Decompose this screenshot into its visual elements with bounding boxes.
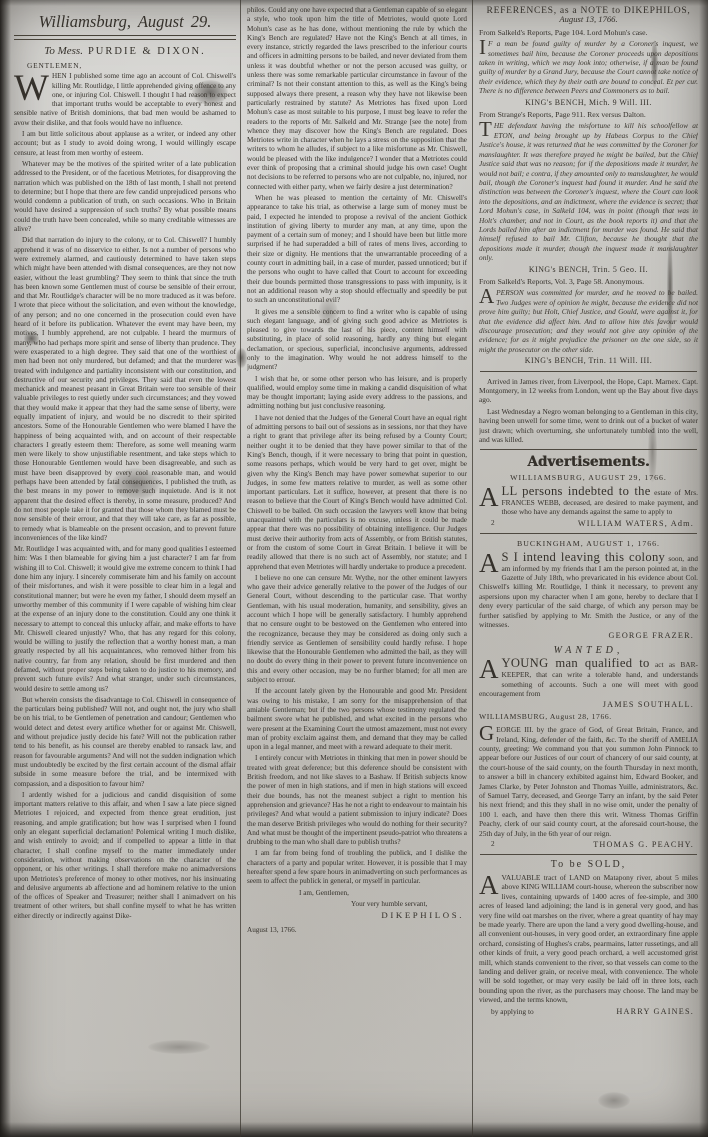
court-citation: KING's BENCH, Mich. 9 Will. III. — [479, 98, 698, 107]
paragraph: philos. Could any one have expected that… — [247, 6, 467, 192]
local-news: Last Wednesday a Negro woman belonging t… — [479, 407, 698, 445]
letter-closing: Your very humble servant, — [351, 900, 467, 909]
advertisement: ALL persons indebted to the estate of Mr… — [479, 485, 698, 517]
newspaper-page: Williamsburg, August 29. To Mess.PURDIE … — [0, 0, 708, 1137]
drop-cap: G — [479, 725, 496, 742]
paragraph: Whatever may be the motives of the spiri… — [14, 160, 236, 234]
ad-heading: To be SOLD, — [479, 860, 698, 869]
letter-closing: I am, Gentlemen, — [299, 889, 467, 898]
advertisement: AYOUNG man qualified to act as BAR-KEEPE… — [479, 657, 698, 698]
advertisement: GEORGE III. by the grace of God, of Grea… — [479, 725, 698, 838]
advertisements-header: Advertisements. — [479, 455, 698, 470]
ad-lead-line: S I intend leaving this colony — [502, 550, 666, 564]
paragraph: I am far from being fond of troubling th… — [247, 849, 467, 886]
ad-signature: 2THOMAS G. PEACHY. — [479, 840, 694, 849]
section-rule — [480, 371, 697, 372]
ad-lead-line: LL persons indebted to the — [502, 484, 651, 498]
court-citation: KING's BENCH, Trin. 11 Will. III. — [479, 356, 698, 365]
drop-cap: W — [14, 72, 52, 103]
paragraph: When he was pleased to mention the certa… — [247, 194, 467, 306]
ad-signature: by applying toHARRY GAINES. — [479, 1007, 694, 1016]
paragraph: I wish that he, or some other person who… — [247, 375, 467, 412]
reference-quote: APERSON was committed for murder, and he… — [479, 288, 698, 354]
shipping-news: Arrived in James river, from Liverpool, … — [479, 377, 698, 405]
address-name: PURDIE & DIXON. — [88, 46, 206, 57]
ad-signature: GEORGE FRAZER. — [479, 631, 694, 640]
drop-cap: I — [479, 39, 488, 56]
line-left-text: 2 — [491, 519, 495, 528]
drop-cap: A — [479, 657, 502, 680]
advertisement: AS I intend leaving this colony soon, an… — [479, 551, 698, 630]
paragraph: If the account lately given by the Honou… — [247, 687, 467, 752]
reference-quote: THE defendant having the misfortune to k… — [479, 121, 698, 262]
references-and-ads-column: REFERENCES, as a NOTE to DIKEPHILOS,Augu… — [479, 6, 698, 1016]
paragraph: I have not denied that the Judges of the… — [247, 414, 467, 572]
paragraph: It gives me a sensible concern to find a… — [247, 308, 467, 373]
column-divider — [240, 0, 241, 1137]
reference-source: From Salkeld's Reports, Vol. 3, Page 58.… — [479, 277, 698, 286]
ad-dateline: WILLIAMSBURG, August 28, 1766. — [479, 712, 698, 721]
letter-body-column-1: WHEN I published some time ago an accoun… — [14, 72, 236, 921]
drop-cap: A — [479, 873, 502, 896]
paragraph: Mr. Routlidge I was acquainted with, and… — [14, 545, 236, 694]
right-column: REFERENCES, as a NOTE to DIKEPHILOS,Augu… — [479, 4, 698, 1132]
reference-source: From Salkeld's Reports, Page 104. Lord M… — [479, 28, 698, 37]
paragraph: But wherein consists the disadvantage to… — [14, 696, 236, 789]
paragraph: I am but little solicitous about applaus… — [14, 130, 236, 158]
left-column: Williamsburg, August 29. To Mess.PURDIE … — [14, 6, 236, 1130]
section-rule — [480, 449, 697, 450]
section-rule — [480, 854, 697, 855]
paragraph: I believe no one can censure Mr. Wythe, … — [247, 574, 467, 686]
ad-signature: JAMES SOUTHALL. — [479, 700, 694, 709]
advertisement: AVALUABLE tract of LAND on Matapony rive… — [479, 873, 698, 1005]
paragraph: I entirely concur with Metriotes in thin… — [247, 754, 467, 847]
line-left-text: 2 — [491, 840, 495, 849]
references-date: August 13, 1766. — [479, 15, 698, 24]
ad-lead-line: YOUNG man qualified to — [502, 656, 650, 670]
masthead-dateline: Williamsburg, August 29. — [14, 12, 236, 32]
letter-body-column-2: philos. Could any one have expected that… — [247, 6, 467, 935]
letter-signature: DIKEPHILOS. — [247, 911, 464, 920]
drop-cap: A — [479, 551, 502, 574]
drop-cap: A — [479, 288, 496, 305]
ad-dateline: WILLIAMSBURG, AUGUST 29, 1766. — [479, 473, 698, 482]
letter-date: August 13, 1766. — [247, 926, 467, 935]
letter-address: To Mess.PURDIE & DIXON. — [14, 45, 236, 58]
address-prefix: To Mess. — [44, 45, 83, 57]
ad-dateline: BUCKINGHAM, AUGUST 1, 1766. — [479, 539, 698, 548]
court-citation: KING's BENCH, Trin. 5 Geo. II. — [479, 265, 698, 274]
letter-opening-paragraph: WHEN I published some time ago an accoun… — [14, 72, 236, 128]
reference-source: From Strange's Reports, Page 911. Rex ve… — [479, 110, 698, 119]
ad-signature: 2WILLIAM WATERS, Adm. — [479, 519, 694, 528]
paragraph: Did that narration do injury to the colo… — [14, 236, 236, 543]
letter-salutation: GENTLEMEN, — [27, 61, 236, 70]
line-left-text: by applying to — [491, 1007, 534, 1016]
drop-cap: T — [479, 121, 494, 138]
drop-cap: A — [479, 485, 502, 508]
column-divider — [472, 0, 473, 1137]
reference-quote: IF a man be found guilty of murder by a … — [479, 39, 698, 95]
ad-heading: WANTED, — [479, 646, 698, 655]
section-rule — [480, 533, 697, 534]
middle-column: philos. Could any one have expected that… — [247, 6, 467, 1130]
paragraph: I ardently wished for a judicious and ca… — [14, 791, 236, 921]
masthead: Williamsburg, August 29. To Mess.PURDIE … — [14, 12, 236, 70]
masthead-rule — [14, 35, 236, 40]
